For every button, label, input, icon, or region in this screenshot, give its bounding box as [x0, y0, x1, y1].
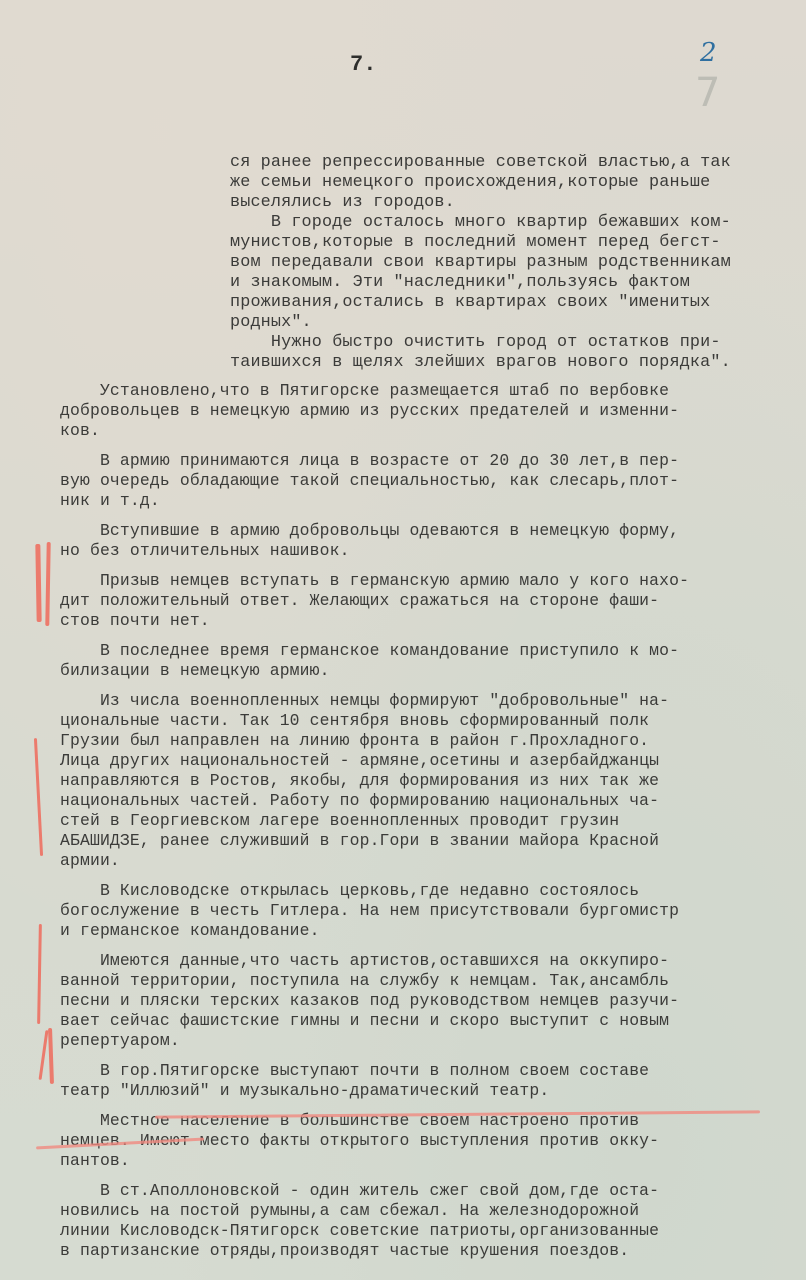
- text-line: родных".: [230, 313, 312, 333]
- text-line: новились на постой румыны,а сам сбежал. …: [60, 1201, 639, 1221]
- text-line: Вступившие в армию добровольцы одеваются…: [60, 521, 679, 541]
- text-line: таившихся в щелях злейших врагов нового …: [230, 353, 731, 373]
- text-line: направляются в Ростов, якобы, для формир…: [60, 771, 659, 791]
- text-line: в партизанские отряды,производят частые …: [60, 1241, 629, 1261]
- margin-mark: [35, 544, 41, 622]
- text-line: вает сейчас фашистские гимны и песни и с…: [60, 1011, 669, 1031]
- handwritten-blue-number: 2: [700, 38, 717, 68]
- margin-mark: [39, 1030, 49, 1080]
- text-line: дит положительный ответ. Желающих сражат…: [60, 591, 659, 611]
- text-line: стов почти нет.: [60, 611, 210, 631]
- text-line: стей в Георгиевском лагере военнопленных…: [60, 811, 619, 831]
- text-line: армии.: [60, 851, 120, 871]
- text-line: вом передавали свои квартиры разным родс…: [230, 253, 731, 273]
- margin-mark: [37, 924, 42, 1024]
- text-line: театр "Иллюзий" и музыкально-драматическ…: [60, 1081, 549, 1101]
- page-number: 7.: [350, 52, 376, 77]
- text-line: В ст.Аполлоновской - один житель сжег св…: [60, 1181, 659, 1201]
- text-line: В последнее время германское командовани…: [60, 641, 679, 661]
- text-line: Имеются данные,что часть артистов,оставш…: [60, 951, 669, 971]
- text-line: богослужение в честь Гитлера. На нем при…: [60, 901, 679, 921]
- text-line: репертуаром.: [60, 1031, 180, 1051]
- text-line: билизации в немецкую армию.: [60, 661, 330, 681]
- text-line: линии Кисловодск-Пятигорск советские пат…: [60, 1221, 659, 1241]
- text-line: В городе осталось много квартир бежавших…: [230, 213, 731, 233]
- text-line: Грузии был направлен на линию фронта в р…: [60, 731, 649, 751]
- margin-mark: [45, 542, 50, 626]
- text-line: Лица других национальностей - армяне,осе…: [60, 751, 659, 771]
- text-line: Призыв немцев вступать в германскую арми…: [60, 571, 689, 591]
- text-line: песни и пляски терских казаков под руков…: [60, 991, 679, 1011]
- text-line: ся ранее репрессированные советской влас…: [230, 153, 731, 173]
- margin-mark: [34, 738, 43, 856]
- text-line: АБАШИДЗЕ, ранее служивший в гор.Гори в з…: [60, 831, 659, 851]
- text-line: В армию принимаются лица в возрасте от 2…: [60, 451, 679, 471]
- text-line: проживания,остались в квартирах своих "и…: [230, 293, 710, 313]
- text-line: циональные части. Так 10 сентября вновь …: [60, 711, 649, 731]
- text-line: ков.: [60, 421, 100, 441]
- text-line: Установлено,что в Пятигорске размещается…: [60, 381, 669, 401]
- text-line: ник и т.д.: [60, 491, 160, 511]
- text-line: В гор.Пятигорске выступают почти в полно…: [60, 1061, 649, 1081]
- text-line: Нужно быстро очистить город от остатков …: [230, 333, 721, 353]
- text-line: вую очередь обладающие такой специальнос…: [60, 471, 679, 491]
- text-line: выселялись из городов.: [230, 193, 455, 213]
- text-line: добровольцев в немецкую армию из русских…: [60, 401, 679, 421]
- handwritten-pencil-number: 7: [695, 70, 720, 116]
- text-line: национальных частей. Работу по формирова…: [60, 791, 659, 811]
- text-line: ванной территории, поступила на службу к…: [60, 971, 669, 991]
- margin-mark: [48, 1028, 54, 1084]
- text-line: пантов.: [60, 1151, 130, 1171]
- text-line: но без отличительных нашивок.: [60, 541, 350, 561]
- text-line: и германское командование.: [60, 921, 320, 941]
- text-line: же семьи немецкого происхождения,которые…: [230, 173, 710, 193]
- text-line: и знакомым. Эти "наследники",пользуясь ф…: [230, 273, 690, 293]
- text-line: В Кисловодске открылась церковь,где неда…: [60, 881, 639, 901]
- document-page: 7. 2 7 ся ранее репрессированные советск…: [0, 0, 806, 1280]
- text-line: Из числа военнопленных немцы формируют "…: [60, 691, 669, 711]
- text-line: мунистов,которые в последний момент пере…: [230, 233, 721, 253]
